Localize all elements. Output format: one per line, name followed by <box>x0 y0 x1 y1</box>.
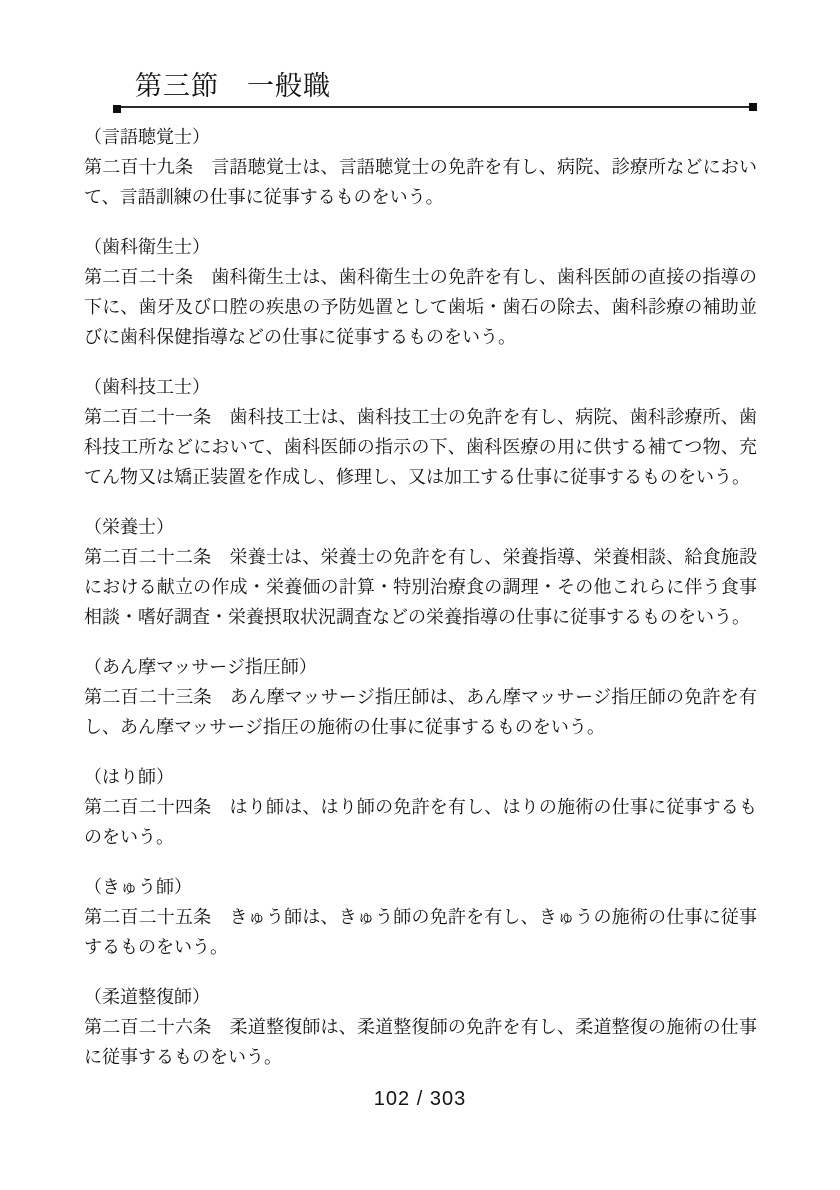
article-text: 第二百二十六条 柔道整復師は、柔道整復師の免許を有し、柔道整復の施術の仕事に従事… <box>84 1012 757 1072</box>
article-section: （歯科技工士） 第二百二十一条 歯科技工士は、歯科技工士の免許を有し、病院、歯科… <box>84 372 757 492</box>
heading-rule <box>113 106 757 108</box>
article-title: （はり師） <box>84 762 757 792</box>
article-section: （きゅう師） 第二百二十五条 きゅう師は、きゅう師の免許を有し、きゅうの施術の仕… <box>84 872 757 962</box>
article-title: （歯科衛生士） <box>84 232 757 262</box>
article-text: 第二百二十条 歯科衛生士は、歯科衛生士の免許を有し、歯科医師の直接の指導の下に、… <box>84 262 757 352</box>
article-title: （言語聴覚士） <box>84 122 757 152</box>
article-title: （柔道整復師） <box>84 982 757 1012</box>
document-page: 第三節 一般職 （言語聴覚士） 第二百十九条 言語聴覚士は、言語聴覚士の免許を有… <box>0 0 840 1190</box>
page-number: 102 / 303 <box>0 1088 840 1111</box>
article-text: 第二百二十一条 歯科技工士は、歯科技工士の免許を有し、病院、歯科診療所、歯科技工… <box>84 402 757 492</box>
document-header: 第三節 一般職 <box>0 0 840 108</box>
article-title: （あん摩マッサージ指圧師） <box>84 652 757 682</box>
article-section: （あん摩マッサージ指圧師） 第二百二十三条 あん摩マッサージ指圧師は、あん摩マッ… <box>84 652 757 742</box>
rule-endcap-left-square <box>113 105 121 113</box>
article-section: （はり師） 第二百二十四条 はり師は、はり師の免許を有し、はりの施術の仕事に従事… <box>84 762 757 852</box>
article-section: （柔道整復師） 第二百二十六条 柔道整復師は、柔道整復師の免許を有し、柔道整復の… <box>84 982 757 1072</box>
article-title: （歯科技工士） <box>84 372 757 402</box>
document-body: （言語聴覚士） 第二百十九条 言語聴覚士は、言語聴覚士の免許を有し、病院、診療所… <box>0 122 757 1072</box>
article-text: 第二百二十三条 あん摩マッサージ指圧師は、あん摩マッサージ指圧師の免許を有し、あ… <box>84 682 757 742</box>
article-text: 第二百十九条 言語聴覚士は、言語聴覚士の免許を有し、病院、診療所などにおいて、言… <box>84 152 757 212</box>
article-text: 第二百二十四条 はり師は、はり師の免許を有し、はりの施術の仕事に従事するものをい… <box>84 792 757 852</box>
article-text: 第二百二十五条 きゅう師は、きゅう師の免許を有し、きゅうの施術の仕事に従事するも… <box>84 902 757 962</box>
article-section: （歯科衛生士） 第二百二十条 歯科衛生士は、歯科衛生士の免許を有し、歯科医師の直… <box>84 232 757 352</box>
article-text: 第二百二十二条 栄養士は、栄養士の免許を有し、栄養指導、栄養相談、給食施設におけ… <box>84 542 757 632</box>
section-heading: 第三節 一般職 <box>135 70 840 102</box>
rule-endcap-right-square <box>749 103 757 111</box>
article-section: （栄養士） 第二百二十二条 栄養士は、栄養士の免許を有し、栄養指導、栄養相談、給… <box>84 512 757 632</box>
article-section: （言語聴覚士） 第二百十九条 言語聴覚士は、言語聴覚士の免許を有し、病院、診療所… <box>84 122 757 212</box>
article-title: （きゅう師） <box>84 872 757 902</box>
article-title: （栄養士） <box>84 512 757 542</box>
